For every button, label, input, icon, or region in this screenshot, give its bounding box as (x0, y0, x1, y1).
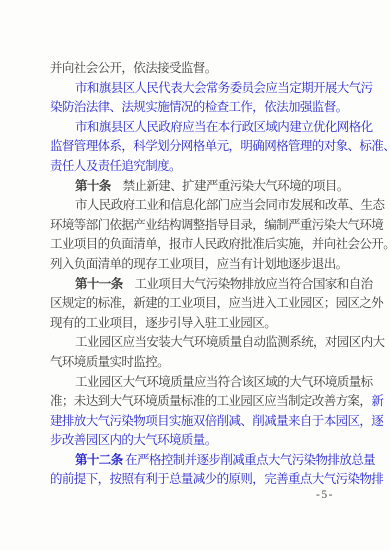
text-segment: 市和旗县区人民代表大会常务委员会应当定期开展大气污 (75, 81, 373, 95)
text-segment: 市人民政府工业和信息化部门应当会同市发展和改革、生态 (75, 198, 384, 212)
text-line-4: 市和旗县区人民政府应当在本行政区域内建立优化网格化 (50, 118, 350, 138)
article-heading-segment: 第十条 (75, 179, 111, 193)
text-segment: 新 (371, 394, 383, 408)
text-segment: 区规定的标准，新建的工业项目，应当进入工业园区；园区之外 (50, 296, 383, 310)
text-segment: 工业项目的负面清单，报市人民政府批准后实施，并向社会公开。 (50, 237, 390, 251)
article-heading-segment: 第十二条 (75, 453, 123, 467)
text-line-3: 染防治法律、法规实施情况的检查工作，依法加强监督。 (50, 98, 350, 118)
text-line-14: 现有的工业项目，逐步引导入驻工业园区。 (50, 314, 350, 334)
text-line-1: 并向社会公开，依法接受监督。 (50, 59, 350, 79)
text-segment: 责任人及责任追究制度。 (50, 159, 181, 173)
text-segment: 的前提下，按照有利于总量减少的原则，完善重点大气污染物排 (50, 472, 383, 486)
text-line-5: 监督管理体系，科学划分网格单元，明确网格管理的对象、标准、 (50, 137, 350, 157)
text-segment: 准；未达到大气环境质量标准的工业园区应当制定改善方案， (50, 394, 371, 408)
text-segment: 环境等部门依据产业结构调整指导目录，编制严重污染大气环境 (50, 218, 383, 232)
text-segment: 步改善园区内的大气环境质量。 (50, 433, 217, 447)
text-line-11: 列入负面清单的现存工业项目，应当有计划地逐步退出。 (50, 255, 350, 275)
text-segment: 列入负面清单的现存工业项目，应当有计划地逐步退出。 (50, 257, 348, 271)
text-segment: 气环境质量实时监控。 (50, 355, 169, 369)
text-line-7: 第十条 禁止新建、扩建严重污染大气环境的项目。 (50, 177, 350, 197)
text-line-21: 第十二条 在严格控制并逐步削减重点大气污染物排放总量 (50, 451, 350, 471)
text-segment: 监督管理体系，科学划分网格单元，明确网格管理的对象、标准、 (50, 139, 390, 153)
text-segment: 并向社会公开，依法接受监督。 (50, 61, 217, 75)
article-heading-segment: 第十一条 (75, 277, 123, 291)
text-line-19: 建排放大气污染物项目实施双倍削减、削减量来自于本园区，逐 (50, 412, 350, 432)
text-segment: 在严格控制并逐步削减重点大气污染物排放总量 (123, 453, 375, 467)
text-line-2: 市和旗县区人民代表大会常务委员会应当定期开展大气污 (50, 79, 350, 99)
text-line-8: 市人民政府工业和信息化部门应当会同市发展和改革、生态 (50, 196, 350, 216)
text-line-12: 第十一条 工业项目大气污染物排放应当符合国家和自治 (50, 275, 350, 295)
text-line-20: 步改善园区内的大气环境质量。 (50, 431, 350, 451)
text-segment: 现有的工业项目，逐步引导入驻工业园区。 (50, 316, 276, 330)
text-line-16: 气环境质量实时监控。 (50, 353, 350, 373)
document-text-block: 并向社会公开，依法接受监督。市和旗县区人民代表大会常务委员会应当定期开展大气污染… (50, 59, 350, 490)
text-segment: 工业项目大气污染物排放应当符合国家和自治 (123, 277, 373, 291)
text-line-9: 环境等部门依据产业结构调整指导目录，编制严重污染大气环境 (50, 216, 350, 236)
text-segment: 染防治法律、法规实施情况的检查工作，依法加强监督。 (50, 100, 348, 114)
text-line-22: 的前提下，按照有利于总量减少的原则，完善重点大气污染物排 (50, 470, 350, 490)
text-segment: 市和旗县区人民政府应当在本行政区域内建立优化网格化 (75, 120, 373, 134)
text-line-15: 工业园区应当安装大气环境质量自动监测系统，对园区内大 (50, 333, 350, 353)
document-page: 并向社会公开，依法接受监督。市和旗县区人民代表大会常务委员会应当定期开展大气污染… (0, 0, 390, 551)
text-line-6: 责任人及责任追究制度。 (50, 157, 350, 177)
text-segment: 禁止新建、扩建严重污染大气环境的项目。 (111, 179, 349, 193)
text-line-10: 工业项目的负面清单，报市人民政府批准后实施，并向社会公开。 (50, 235, 350, 255)
text-segment: 工业园区大气环境质量应当符合该区域的大气环境质量标 (75, 375, 373, 389)
text-segment: 工业园区应当安装大气环境质量自动监测系统，对园区内大 (75, 335, 384, 349)
text-line-13: 区规定的标准，新建的工业项目，应当进入工业园区；园区之外 (50, 294, 350, 314)
text-segment: 建排放大气污染物项目实施双倍削减、削减量来自于本园区，逐 (50, 414, 383, 428)
text-line-17: 工业园区大气环境质量应当符合该区域的大气环境质量标 (50, 373, 350, 393)
page-number: -5- (316, 489, 334, 501)
text-line-18: 准；未达到大气环境质量标准的工业园区应当制定改善方案，新 (50, 392, 350, 412)
